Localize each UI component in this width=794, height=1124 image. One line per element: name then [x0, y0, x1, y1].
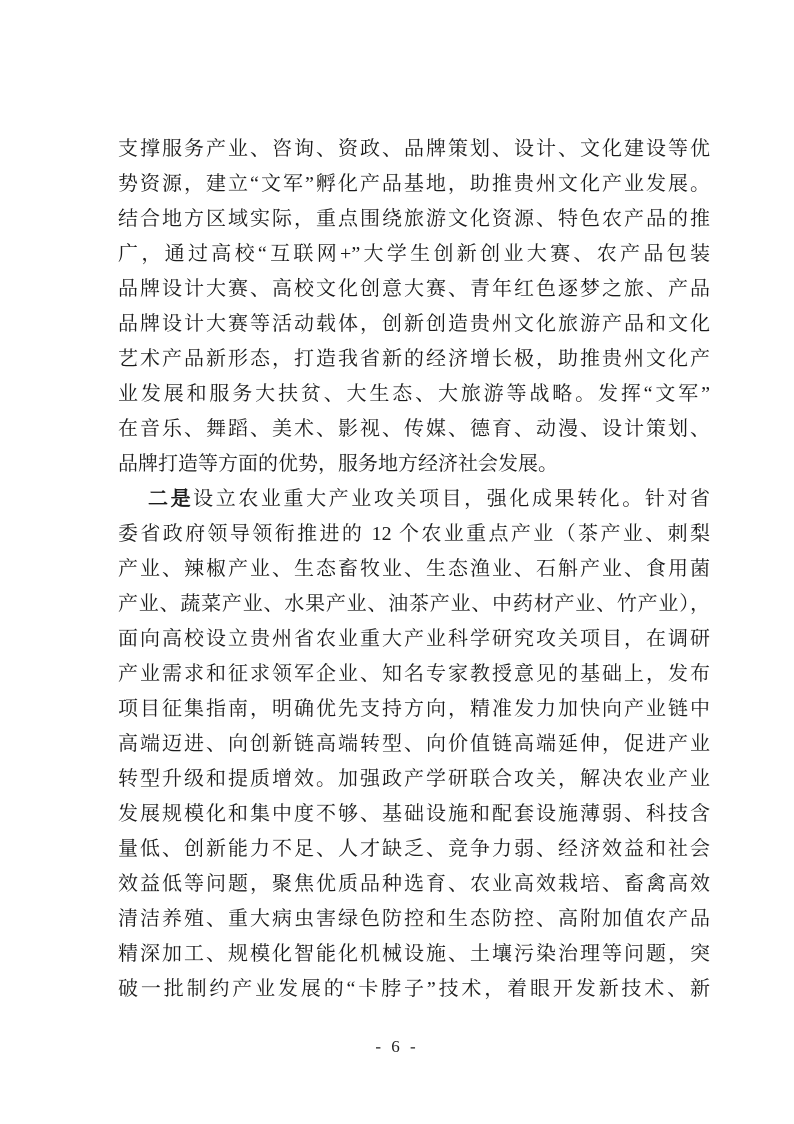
text-line: 品牌设计大赛等活动载体，创新创造贵州文化旅游产品和文化 — [118, 307, 710, 342]
document-page: 支撑服务产业、咨询、资政、品牌策划、设计、文化建设等优势资源，建立“文军”孵化产… — [0, 0, 794, 1124]
bold-lead-text: 二是 — [148, 488, 193, 510]
text-line: 项目征集指南，明确优先支持方向，精准发力加快向产业链中 — [118, 692, 710, 727]
text-line: 二是设立农业重大产业攻关项目，强化成果转化。针对省 — [118, 482, 710, 517]
text-line: 在音乐、舞蹈、美术、影视、传媒、德育、动漫、设计策划、 — [118, 412, 710, 447]
text-line: 产业、辣椒产业、生态畜牧业、生态渔业、石斛产业、食用菌 — [118, 552, 710, 587]
text-line: 广，通过高校“互联网+”大学生创新创业大赛、农产品包装 — [118, 237, 710, 272]
text-line: 艺术产品新形态，打造我省新的经济增长极，助推贵州文化产 — [118, 342, 710, 377]
text-line: 委省政府领导领衔推进的 12 个农业重点产业（茶产业、刺梨 — [118, 517, 710, 552]
text-line: 业发展和服务大扶贫、大生态、大旅游等战略。发挥“文军” — [118, 377, 710, 412]
text-line: 清洁养殖、重大病虫害绿色防控和生态防控、高附加值农产品 — [118, 902, 710, 937]
text-line: 结合地方区域实际，重点围绕旅游文化资源、特色农产品的推 — [118, 202, 710, 237]
text-line: 高端迈进、向创新链高端转型、向价值链高端延伸，促进产业 — [118, 727, 710, 762]
text-line: 面向高校设立贵州省农业重大产业科学研究攻关项目，在调研 — [118, 622, 710, 657]
text-line: 转型升级和提质增效。加强政产学研联合攻关，解决农业产业 — [118, 762, 710, 797]
text-line: 支撑服务产业、咨询、资政、品牌策划、设计、文化建设等优 — [118, 132, 710, 167]
text-line: 效益低等问题，聚焦优质品种选育、农业高效栽培、畜禽高效 — [118, 867, 710, 902]
text-line: 精深加工、规模化智能化机械设施、土壤污染治理等问题，突 — [118, 937, 710, 972]
document-body: 支撑服务产业、咨询、资政、品牌策划、设计、文化建设等优势资源，建立“文军”孵化产… — [118, 132, 710, 1007]
text-line: 品牌设计大赛、高校文化创意大赛、青年红色逐梦之旅、产品 — [118, 272, 710, 307]
text-line: 势资源，建立“文军”孵化产品基地，助推贵州文化产业发展。 — [118, 167, 710, 202]
text-line: 产业、蔬菜产业、水果产业、油茶产业、中药材产业、竹产业）， — [118, 587, 710, 622]
text-line: 产业需求和征求领军企业、知名专家教授意见的基础上，发布 — [118, 657, 710, 692]
text-line: 破一批制约产业发展的“卡脖子”技术，着眼开发新技术、新 — [118, 972, 710, 1007]
text-line: 品牌打造等方面的优势，服务地方经济社会发展。 — [118, 447, 710, 482]
page-number: - 6 - — [0, 1036, 794, 1058]
text-line: 发展规模化和集中度不够、基础设施和配套设施薄弱、科技含 — [118, 797, 710, 832]
text-line: 量低、创新能力不足、人才缺乏、竞争力弱、经济效益和社会 — [118, 832, 710, 867]
